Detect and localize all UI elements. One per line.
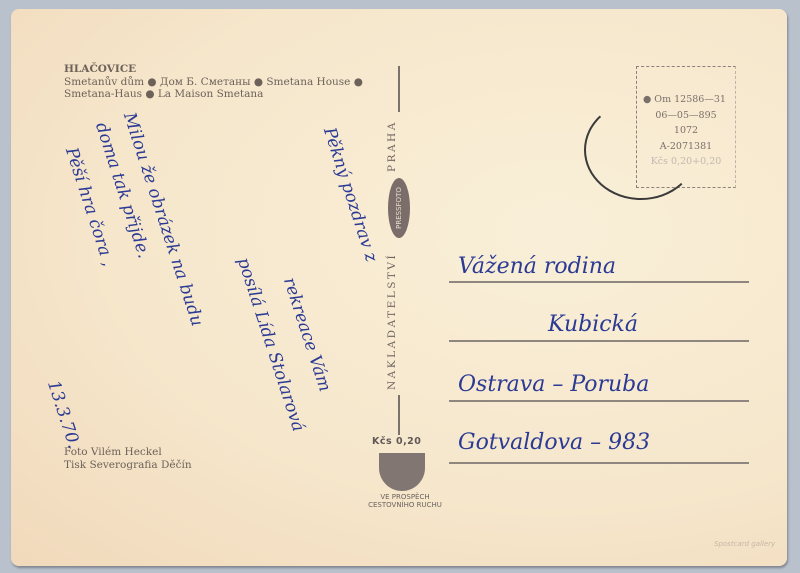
watermark: Spostcard gallery xyxy=(714,540,775,548)
center-divider-top xyxy=(398,66,400,112)
address-rule-3 xyxy=(449,400,749,402)
center-divider-bottom xyxy=(398,395,400,435)
address-rule-4 xyxy=(449,462,749,464)
caption-line-2: Smetana-Haus ● La Maison Smetana xyxy=(64,88,363,101)
address-line-4: Gotvaldova – 983 xyxy=(458,430,650,455)
address-rule-2 xyxy=(449,340,749,342)
credit-photo: Foto Vilém Heckel xyxy=(64,446,192,459)
tourism-stamp-price: Kčs 0,20 xyxy=(372,436,421,447)
pressfoto-logo-text: PRESSFOTO xyxy=(395,187,403,229)
address-line-1: Vážená rodina xyxy=(458,254,616,279)
caption-line-1: Smetanův dům ● Дом Б. Сметаны ● Smetana … xyxy=(64,76,363,89)
print-credits: Foto Vilém Heckel Tisk Severografia Děčí… xyxy=(64,446,192,472)
tourism-stamp-text: VE PROSPĚCH CESTOVNÍHO RUCHU xyxy=(360,493,450,509)
publisher-city: PRAHA xyxy=(386,120,398,172)
caption-title: HLAČOVICE xyxy=(64,63,363,76)
publisher-name: NAKLADATELSTVÍ xyxy=(386,253,398,390)
photo-caption: HLAČOVICE Smetanův dům ● Дом Б. Сметаны … xyxy=(64,63,363,101)
address-line-2: Kubická xyxy=(548,312,638,337)
pressfoto-logo: PRESSFOTO xyxy=(388,178,410,238)
credit-print: Tisk Severografia Děčín xyxy=(64,459,192,472)
address-rule-1 xyxy=(449,281,749,283)
address-line-3: Ostrava – Poruba xyxy=(458,372,649,397)
postmark-arc-icon xyxy=(584,100,698,200)
